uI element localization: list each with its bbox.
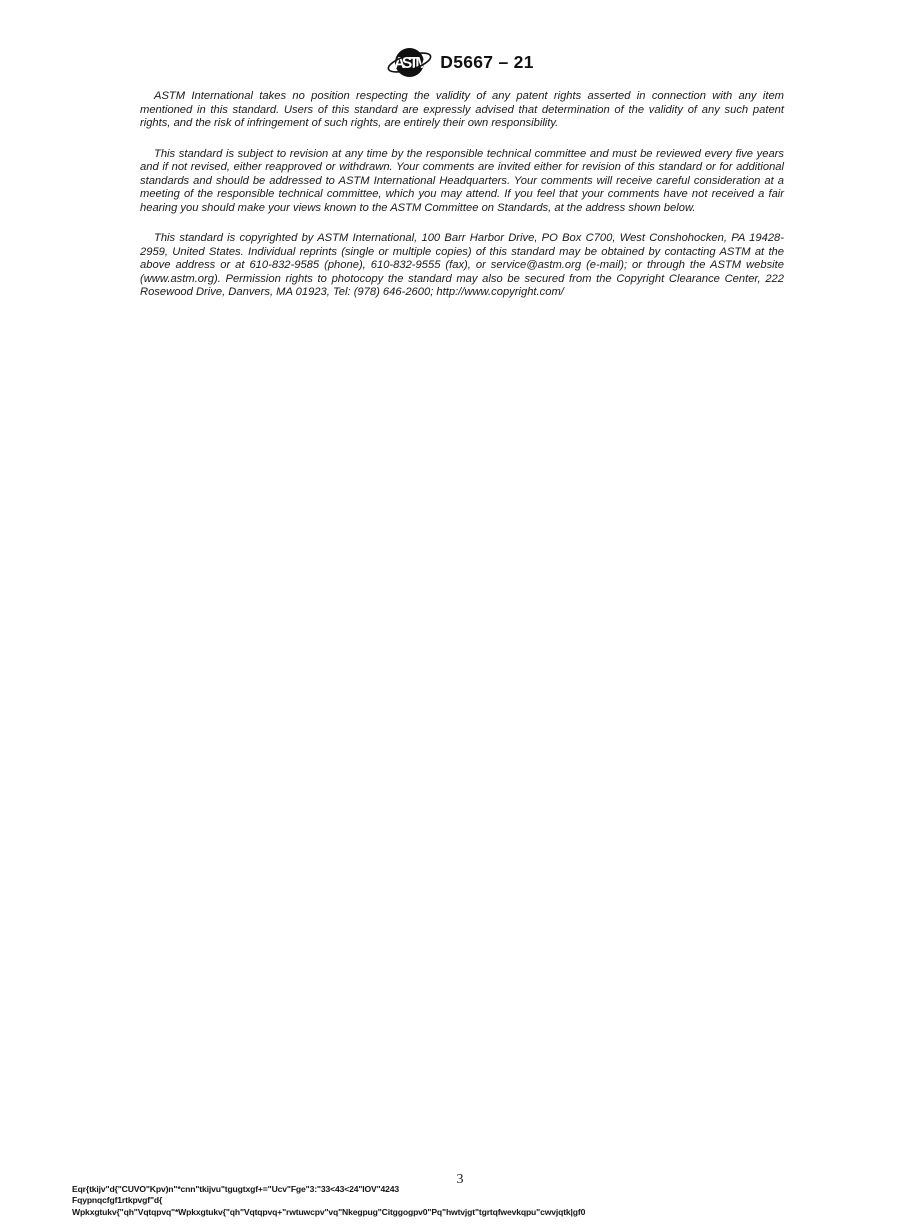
revision-notice-paragraph: This standard is subject to revision at … <box>140 148 784 216</box>
watermark-line-copyright: Eqr{tkijv"d{"CUVO"Kpv)n"*cnn"tkijvu"tgug… <box>72 1184 852 1195</box>
copyright-contact-paragraph: This standard is copyrighted by ASTM Int… <box>140 232 784 300</box>
watermark-line-licensee: Wpkxgtukv{"qh"Vqtqpvq"*Wpkxgtukv{"qh"Vqt… <box>72 1207 852 1218</box>
standard-header: ASTM D5667 – 21 <box>0 44 920 81</box>
astm-logo-icon: ASTM <box>386 44 433 81</box>
document-page: ASTM D5667 – 21 ASTM International takes… <box>0 0 920 1232</box>
patent-disclaimer-paragraph: ASTM International takes no position res… <box>140 90 784 131</box>
watermark-line-downloaded: Fqypnqcfgf1rtkpvgf"d{ <box>72 1195 852 1206</box>
legal-notices-block: ASTM International takes no position res… <box>140 90 784 317</box>
license-watermark: Eqr{tkijv"d{"CUVO"Kpv)n"*cnn"tkijvu"tgug… <box>72 1184 852 1218</box>
standard-designation: D5667 – 21 <box>440 52 534 73</box>
